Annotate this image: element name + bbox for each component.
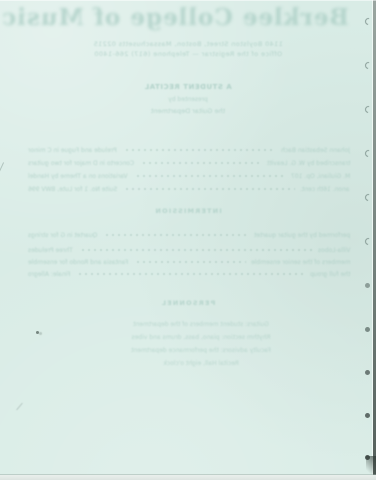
bleedthrough-personnel-heading: PERSONNEL: [0, 299, 376, 307]
paper-scratch: [0, 162, 4, 171]
program-row: Three Preludes Villa-Lobos: [28, 246, 350, 254]
bleedthrough-title-line1: A STUDENT RECITAL: [0, 83, 376, 91]
dot-leader: [133, 260, 245, 264]
bleedthrough-title-line3: the Guitar Department: [0, 107, 376, 115]
program-piece: Concerto in D major for two guitars: [28, 160, 134, 167]
program-credit: members of the senior ensemble: [251, 259, 350, 266]
dot-leader: [75, 272, 304, 276]
personnel-line: Guitars: student members of the departme…: [26, 321, 376, 328]
paper-scratch: [16, 403, 23, 411]
program-piece: Finale: Allegro: [28, 271, 70, 278]
bleedthrough-letterhead-title: Berklee College of Music: [0, 4, 350, 31]
paper-speck: [36, 331, 39, 334]
program-row: Quartet in G for strings performed by th…: [28, 231, 350, 239]
program-credit: Villa-Lobos: [318, 247, 350, 254]
dot-leader: [102, 233, 248, 237]
program-piece: Variations on a Theme by Handel: [28, 173, 128, 180]
scan-bottom-edge: [0, 474, 376, 480]
program-piece: Three Preludes: [28, 247, 73, 254]
program-credit: performed by the guitar quartet: [254, 232, 350, 239]
program-piece: Fantasia and Rondo for ensemble: [28, 259, 128, 266]
program-row: Finale: Allegro the full group: [28, 270, 350, 278]
punch-hole-mark-icon: [365, 283, 370, 288]
bleedthrough-address-line1: 1140 Boylston Street, Boston, Massachuse…: [0, 40, 376, 48]
dot-leader: [133, 174, 286, 178]
program-credit: transcribed by W. G. Leavitt: [267, 160, 350, 167]
program-credit: the full group: [310, 271, 350, 278]
dot-leader: [139, 161, 262, 165]
punch-hole-mark-icon: [365, 327, 370, 332]
program-row: Variations on a Theme by Handel M. Giuli…: [28, 172, 350, 180]
dot-leader: [122, 148, 276, 152]
bleedthrough-title-line2: presented by: [0, 96, 376, 103]
personnel-line: Faculty advisors: the performance depart…: [26, 347, 376, 354]
personnel-line: Recital Hall, eight o'clock: [26, 360, 376, 367]
scan-top-edge: [0, 0, 376, 1]
program-row: Suite No. 1 for Lute, BWV 996 anon. 16th…: [28, 185, 350, 193]
program-row: Prelude and Fugue in C minor Johann Seba…: [28, 146, 350, 154]
program-credit: M. Giuliani, Op. 107: [291, 173, 350, 180]
dot-leader: [78, 248, 313, 252]
program-piece: Quartet in G for strings: [28, 232, 97, 239]
program-row: Fantasia and Rondo for ensemble members …: [28, 258, 350, 266]
program-piece: Suite No. 1 for Lute, BWV 996: [28, 186, 117, 193]
program-piece: Prelude and Fugue in C minor: [28, 147, 117, 154]
punch-hole-mark-icon: [365, 413, 370, 418]
personnel-line: Rhythm section: piano, bass, drums and v…: [26, 334, 376, 341]
program-row: Concerto in D major for two guitars tran…: [28, 159, 350, 167]
dot-leader: [122, 187, 295, 191]
bleedthrough-address-line2: Office of the Registrar — Telephone (617…: [0, 50, 376, 58]
punch-hole-mark-icon: [365, 370, 370, 375]
program-credit: anon. 16th cent.: [300, 186, 350, 193]
bleedthrough-intermission-label: INTERMISSION: [0, 207, 376, 215]
program-credit: Johann Sebastian Bach: [281, 147, 350, 154]
scanned-page: Berklee College of Music 1140 Boylston S…: [0, 0, 376, 480]
